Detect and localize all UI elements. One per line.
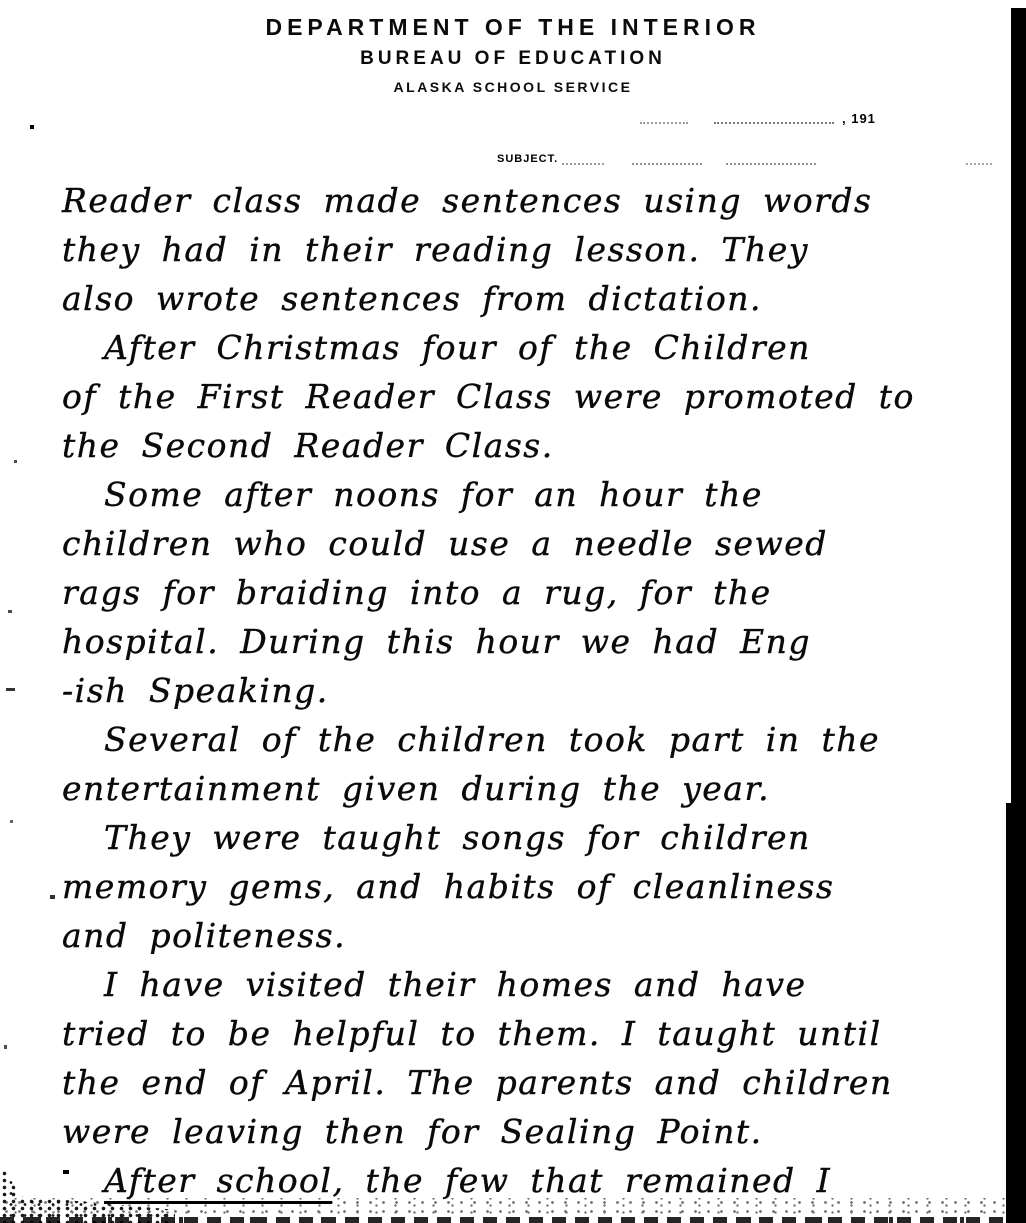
handwriting-line: I have visited their homes and have xyxy=(62,960,1012,1009)
subject-dotted-rule xyxy=(562,151,604,165)
scan-speck xyxy=(14,460,17,463)
scan-speck xyxy=(8,610,12,613)
scan-speck xyxy=(50,895,55,899)
date-dotted-rule xyxy=(714,110,834,124)
handwriting-line: were leaving then for Sealing Point. xyxy=(62,1107,1012,1156)
date-dotted-rule xyxy=(640,110,688,124)
handwriting-line: After Christmas four of the Children xyxy=(62,323,1012,372)
subject-dotted-rule xyxy=(966,151,992,165)
scan-edge-artifact xyxy=(1006,803,1026,1223)
handwriting-lines: Reader class made sentences using wordst… xyxy=(62,176,1012,1205)
handwriting-line: the end of April. The parents and childr… xyxy=(62,1058,1012,1107)
handwriting-line: Reader class made sentences using words xyxy=(62,176,1012,225)
letterhead-department: DEPARTMENT OF THE INTERIOR xyxy=(0,14,1026,41)
date-blank-line: , 191 xyxy=(640,106,940,122)
scan-speck xyxy=(10,820,13,823)
letterhead: DEPARTMENT OF THE INTERIOR BUREAU OF EDU… xyxy=(0,14,1026,95)
handwriting-line: Several of the children took part in the xyxy=(62,715,1012,764)
handwriting-line: -ish Speaking. xyxy=(62,666,1012,715)
handwriting-line: children who could use a needle sewed xyxy=(62,519,1012,568)
scan-speck xyxy=(63,1170,69,1174)
handwriting-line: the Second Reader Class. xyxy=(62,421,1012,470)
handwriting-line: rags for braiding into a rug, for the xyxy=(62,568,1012,617)
handwriting-line: of the First Reader Class were promoted … xyxy=(62,372,1012,421)
subject-label: SUBJECT. xyxy=(497,153,558,165)
scan-speck xyxy=(6,688,15,691)
letterhead-service: ALASKA SCHOOL SERVICE xyxy=(0,79,1026,95)
scanned-letter-page: DEPARTMENT OF THE INTERIOR BUREAU OF EDU… xyxy=(0,0,1026,1223)
scan-speck xyxy=(4,1045,7,1049)
handwriting-line: entertainment given during the year. xyxy=(62,764,1012,813)
handwriting-line: and politeness. xyxy=(62,911,1012,960)
handwriting-line: They were taught songs for children xyxy=(62,813,1012,862)
subject-dotted-rule xyxy=(632,151,702,165)
handwriting-line: tried to be helpful to them. I taught un… xyxy=(62,1009,1012,1058)
subject-dotted-rule xyxy=(726,151,816,165)
handwriting-line: memory gems, and habits of cleanliness xyxy=(62,862,1012,911)
subject-field: SUBJECT. xyxy=(497,147,992,163)
handwriting-line: hospital. During this hour we had Eng xyxy=(62,617,1012,666)
letterhead-bureau: BUREAU OF EDUCATION xyxy=(0,48,1026,70)
scan-speck xyxy=(30,125,34,129)
handwriting-line: also wrote sentences from dictation. xyxy=(62,274,1012,323)
handwriting-line: Some after noons for an hour the xyxy=(62,470,1012,519)
handwriting-line: they had in their reading lesson. They xyxy=(62,225,1012,274)
date-year-prefix: , 191 xyxy=(842,111,876,126)
